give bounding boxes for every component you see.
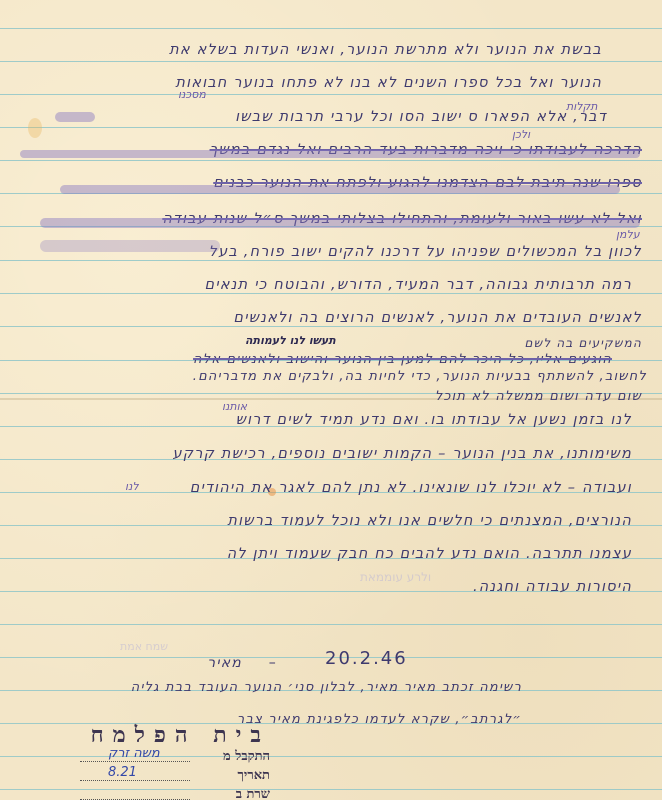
signature: מאיר xyxy=(207,655,242,671)
letter-line: ועבודה – לא יוכלו לנו שונאינו. לא נתן לה… xyxy=(190,480,632,496)
interlinear-insertion: תקלות xyxy=(566,100,598,113)
stamp-dotted-line xyxy=(80,761,190,762)
paper-stain xyxy=(28,118,42,138)
correction-scribble xyxy=(20,150,640,158)
ruled-line xyxy=(0,326,662,327)
correction-scribble xyxy=(40,240,220,252)
stamp-row-served-in: שרת ב xyxy=(80,786,270,800)
letter-line: לאנשים העובדים את הנוער, לאנשים הרוצים ב… xyxy=(233,310,642,326)
letter-line-struck: הוגעים אליו, כל היכר להם למען בין הנוער … xyxy=(193,352,612,367)
ruled-line xyxy=(0,160,662,161)
ruled-line xyxy=(0,293,662,294)
stamp-value: משה זרק xyxy=(108,746,160,761)
stamp-row-date: תאריך 8.21 xyxy=(80,767,270,786)
footnote-line: ״לגרתב״, שקרא לעדמו כלפגינת מאיר צבר xyxy=(237,712,522,727)
letter-line: בבשת את הנוער ולא מתרשת הנוער, ואנשי העד… xyxy=(169,42,602,58)
interlinear-insertion: אותנו xyxy=(222,400,247,413)
interlinear-insertion: לנו xyxy=(125,480,139,493)
letter-line: המשקיעים בה לשם xyxy=(524,336,642,350)
scanned-letter-page: ולרע עוממאת שמח אמת בבשת את הנוער ולא מת… xyxy=(0,0,662,800)
correction-scribble xyxy=(60,185,620,194)
dash-separator: – xyxy=(269,655,277,671)
correction-scribble xyxy=(55,112,95,122)
letter-line: היסורות עבודה וחגנה. xyxy=(473,579,632,595)
interlinear-insertion: מסכנו xyxy=(178,88,206,101)
letter-line: לכוון בל המכשולים שפניהו על דרכנו להקים … xyxy=(209,244,642,260)
letter-line: לחשוב, להשתתף בבעיות הנוער, כדי לחיות בה… xyxy=(193,369,647,384)
ruled-line xyxy=(0,61,662,62)
footnote-line: רשימה זכתב מאיר מאיר, לבלון סני׳ הנוער ה… xyxy=(131,680,522,695)
ruled-line xyxy=(0,94,662,95)
stamp-value: 8.21 xyxy=(108,765,137,780)
letter-line: שום עדה ושום ממשלה לא תוכל xyxy=(435,389,642,404)
archive-stamp: בית הפלמח התקבל מ משה זרק תאריך 8.21 שרת… xyxy=(80,722,270,800)
letter-line: לנו בזמן נשען אל עבודתו בו. ואם נדע תמיד… xyxy=(236,412,632,428)
stamp-label: התקבל מ xyxy=(223,749,270,764)
ruled-line xyxy=(0,127,662,128)
bleed-through-text: ולרע עוממאת xyxy=(360,570,431,584)
stamp-label: תאריך xyxy=(238,768,270,783)
letter-line: הנורצים, המצנתים כי חלשים אנו ולא נוכל ל… xyxy=(227,513,632,529)
letter-line: דבר, אלא הפארו ס ישוב הסו וכל ערבי תרבות… xyxy=(235,109,607,125)
letter-line: עצמנו תתרבה. הואם נדע להבים כח חבק שעמוד… xyxy=(227,546,632,562)
ruled-line xyxy=(0,624,662,625)
letter-line: הנוער ואל בכל ספרו השנים לא בנו לא פתחו … xyxy=(175,75,602,91)
letter-line: רמה תרבותית גבוהה, דבר המעיד, הדורש, והב… xyxy=(205,277,632,293)
stamp-label: שרת ב xyxy=(236,787,270,800)
ruled-line xyxy=(0,260,662,261)
interlinear-insertion: עלמן xyxy=(616,228,640,241)
stamp-title: בית הפלמח xyxy=(80,722,270,748)
interlinear-insertion: ולכן xyxy=(512,128,530,141)
letter-line: משימותנו, את בנין הנוער – הקמות ישובים נ… xyxy=(172,446,632,462)
bleed-through-text: שמח אמת xyxy=(120,640,168,653)
interlinear-insertion: תעשו לנו לעמותה xyxy=(245,334,336,347)
letter-date: 20.2.46 xyxy=(325,648,408,669)
correction-scribble xyxy=(40,218,640,228)
stamp-dotted-line xyxy=(80,780,190,781)
ruled-line xyxy=(0,28,662,29)
